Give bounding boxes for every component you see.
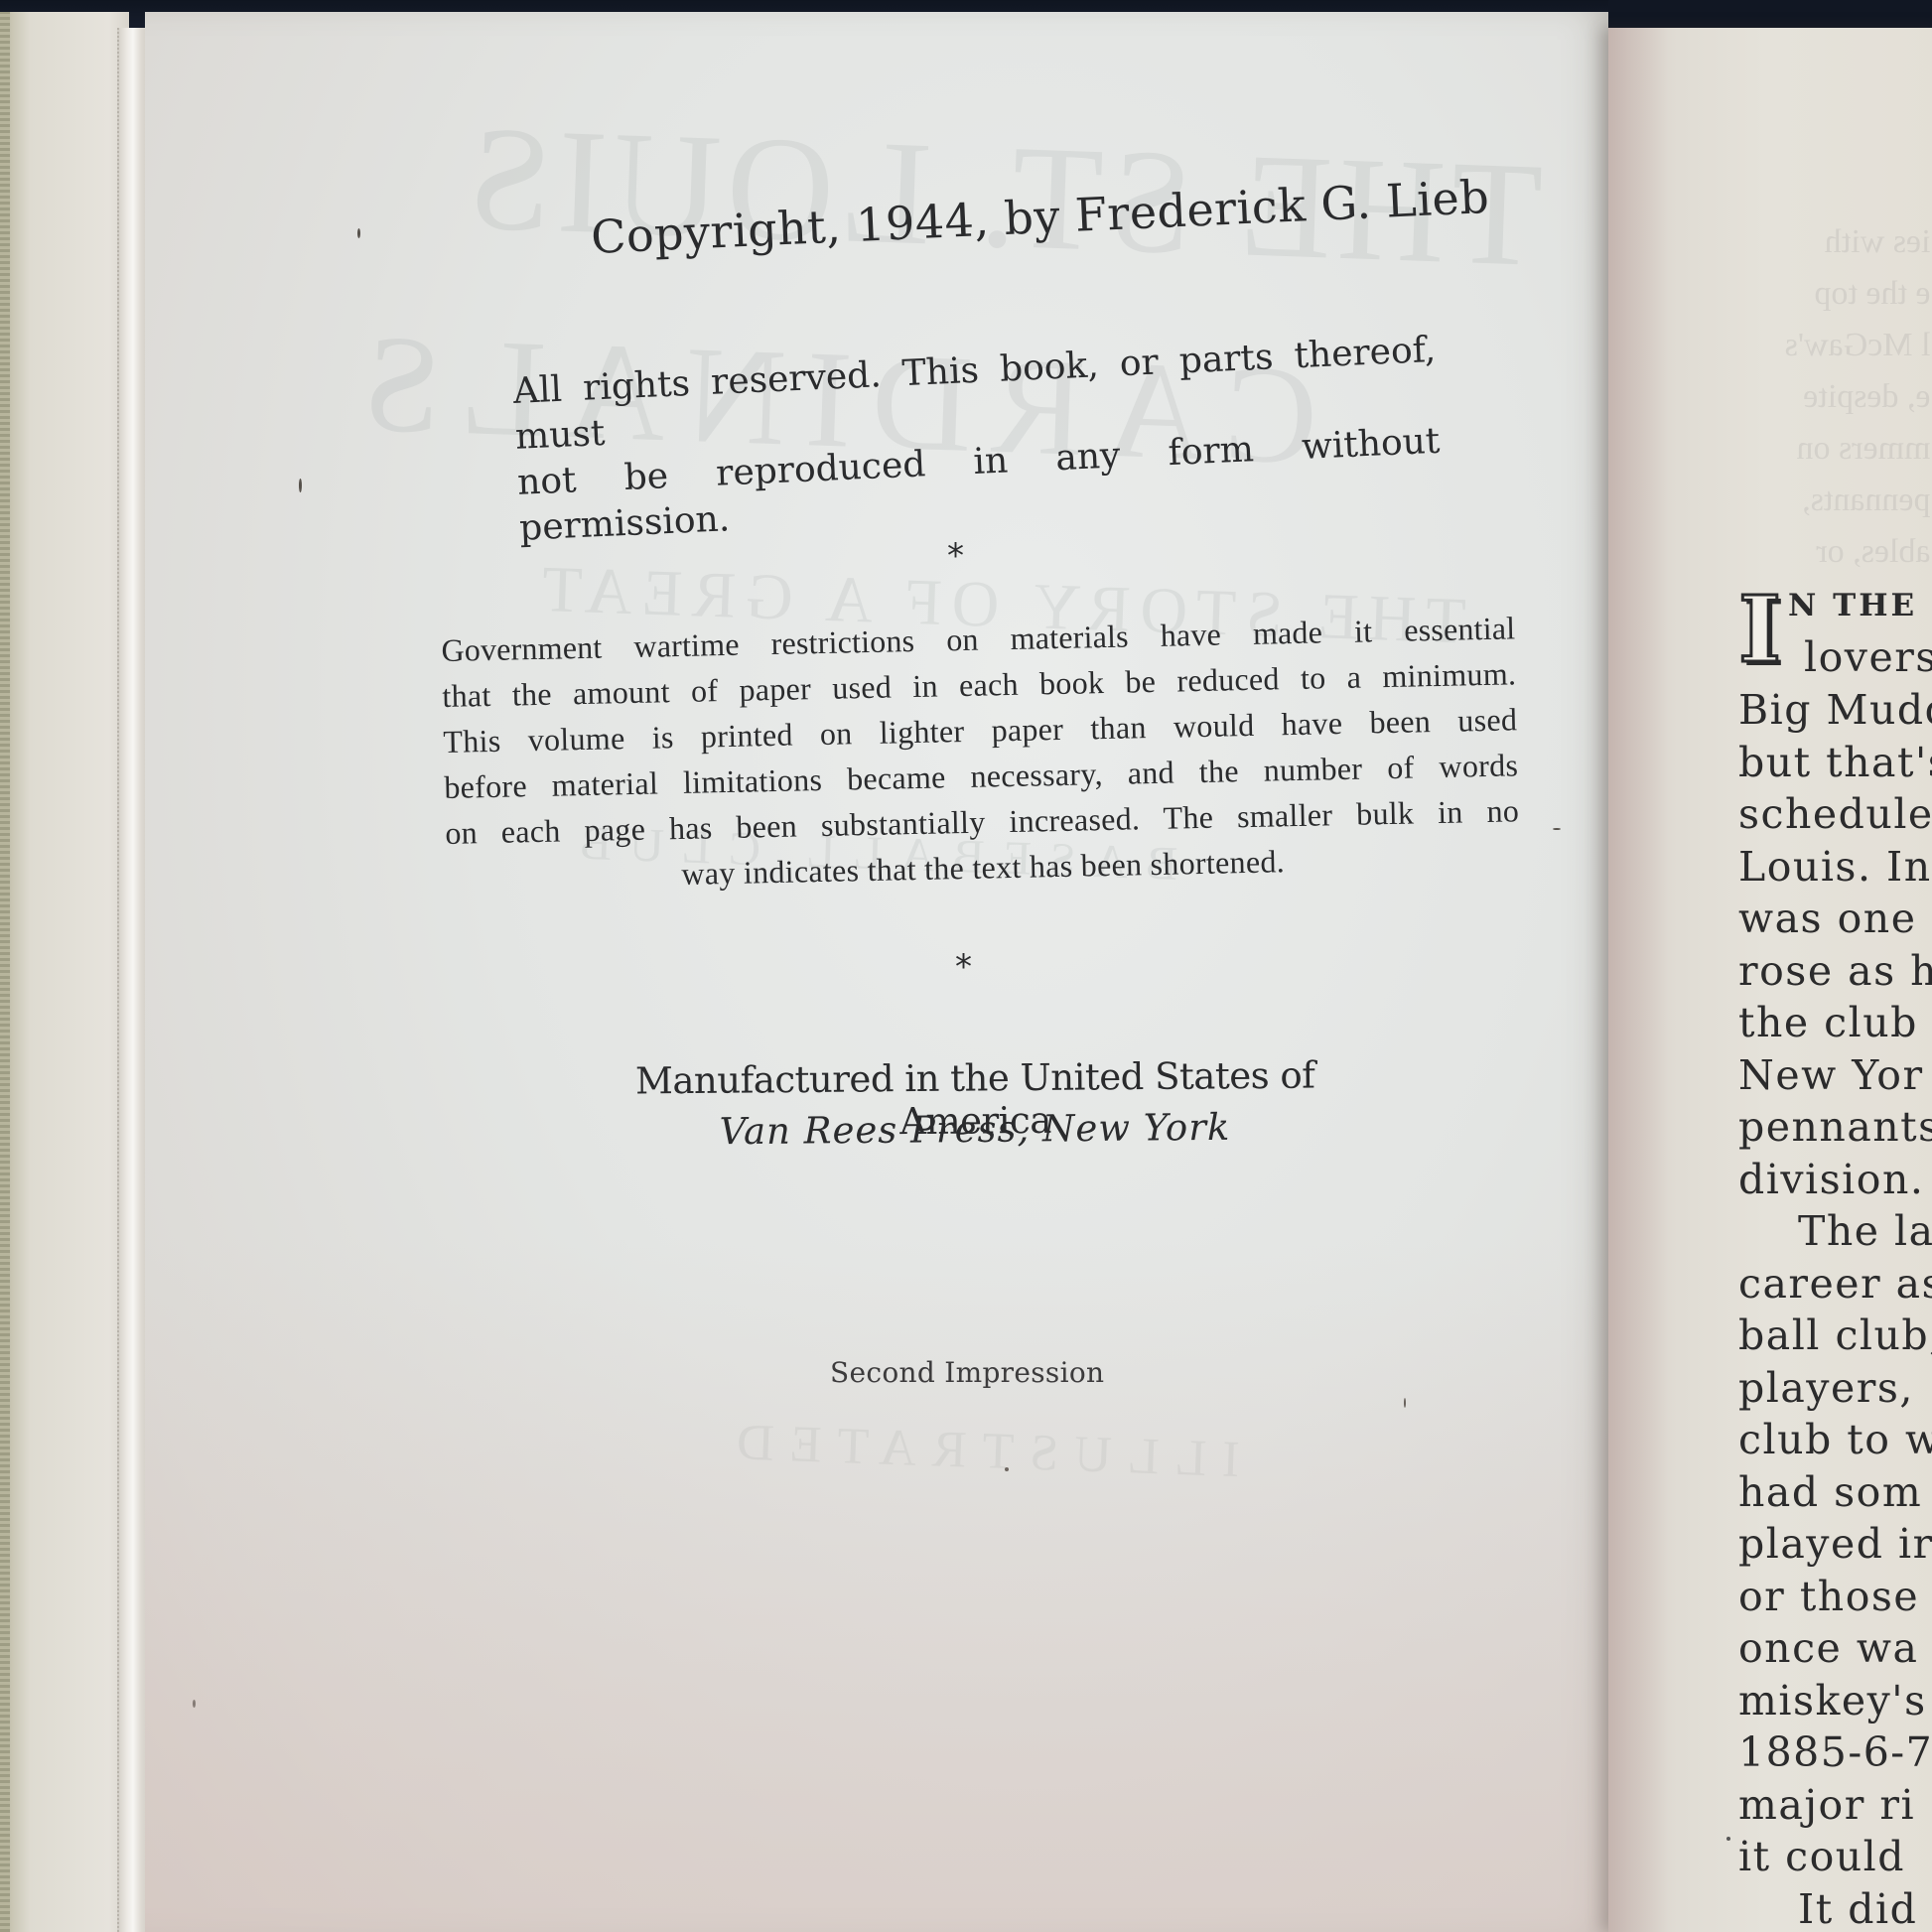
impression-label: Second Impression	[830, 1356, 1104, 1389]
body-line: but that's	[1738, 737, 1932, 789]
body-line: it could	[1738, 1831, 1932, 1883]
paper-speck	[1553, 828, 1561, 830]
paper-speck	[1005, 1467, 1009, 1471]
body-line: The lat	[1738, 1205, 1932, 1258]
body-line: played ir	[1738, 1518, 1932, 1571]
body-line: was one d	[1738, 893, 1932, 945]
body-line: Louis. In	[1738, 841, 1932, 894]
body-line: ball club,	[1738, 1310, 1932, 1362]
body-line: major ri	[1738, 1779, 1932, 1832]
separator-asterisk: *	[947, 536, 964, 576]
printer-line: Van Rees Press, New York	[578, 1105, 1372, 1155]
body-line: miskey's	[1738, 1675, 1932, 1727]
drop-cap: I	[1738, 584, 1783, 675]
background-surface	[1608, 0, 1932, 30]
paper-speck	[1404, 1398, 1406, 1408]
body-line: rose as hi	[1738, 945, 1932, 998]
body-line: New Yor	[1738, 1049, 1932, 1102]
chapter-body-text: I N THE lovers, Big Mudd but that's sche…	[1738, 580, 1932, 1932]
paper-speck	[357, 228, 360, 238]
copyright-notice: Copyright, 1944, by Frederick G. Lieb	[590, 170, 1490, 264]
chapter-page: ...ies with ...e the top ...l McGaw's ..…	[1608, 28, 1932, 1932]
wartime-paper-notice: Government wartime restrictions on mater…	[441, 605, 1521, 901]
body-line: lovers,	[1804, 631, 1932, 684]
separator-asterisk: *	[955, 947, 972, 987]
chapter-opening: I N THE lovers,	[1738, 580, 1932, 684]
opening-small-caps: N THE	[1788, 580, 1917, 632]
body-line: 1885-6-7	[1738, 1726, 1932, 1779]
body-line: It did	[1738, 1883, 1932, 1932]
body-line: pennants ;	[1738, 1101, 1932, 1154]
body-line: club to w	[1738, 1414, 1932, 1466]
body-line: or those	[1738, 1571, 1932, 1623]
body-line: once wa	[1738, 1622, 1932, 1675]
body-line: had som	[1738, 1466, 1932, 1519]
body-line: the club	[1738, 997, 1932, 1049]
body-line: players,	[1738, 1362, 1932, 1415]
gutter-shadow	[1608, 28, 1668, 1932]
paper-speck	[1726, 1837, 1730, 1841]
paper-speck	[193, 1700, 196, 1708]
body-line: Big Mudd	[1738, 684, 1932, 737]
paper-speck	[299, 479, 302, 492]
show-through-text: ...ies with ...e the top ...l McGaw's ..…	[1718, 216, 1932, 578]
book-photo: THE ST. LOUIS CARDINALS THE STORY OF A G…	[0, 0, 1932, 1932]
rights-reserved-notice: All rights reserved. This book, or parts…	[512, 328, 1443, 552]
copyright-page: THE ST. LOUIS CARDINALS THE STORY OF A G…	[145, 12, 1614, 1932]
body-line: schedule,	[1738, 788, 1932, 841]
cloth-edge	[0, 12, 10, 1932]
body-line: division.	[1738, 1154, 1932, 1206]
book-cover-binding	[0, 12, 129, 1932]
body-line: career as	[1738, 1258, 1932, 1311]
